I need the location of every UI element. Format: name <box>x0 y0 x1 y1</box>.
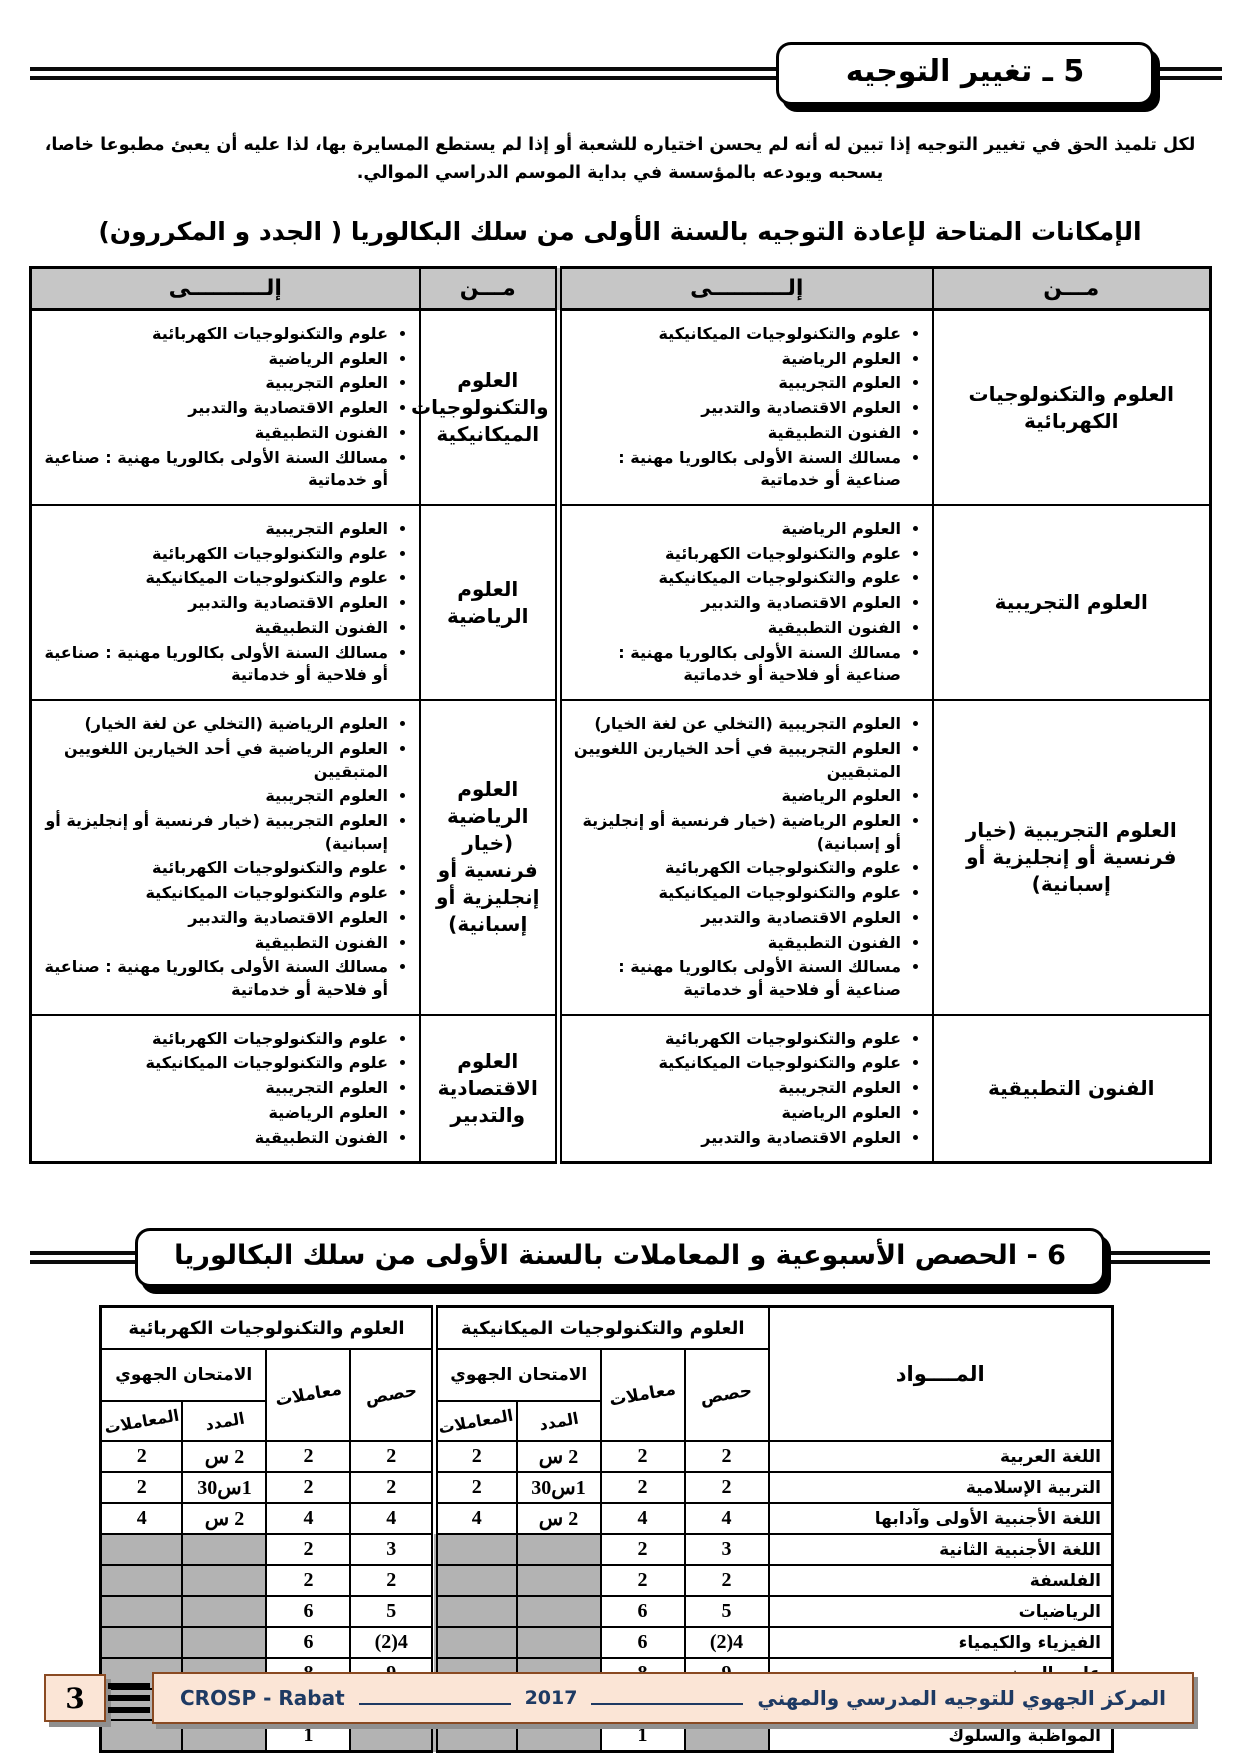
coef-cell: 2 <box>266 1565 350 1596</box>
hours-cell-empty <box>685 1720 769 1752</box>
regional-exam-header: الامتحان الجهوي <box>100 1349 266 1401</box>
from-cell: الفنون التطبيقية <box>933 1015 1210 1163</box>
group-electrical-header: العلوم والتكنولوجيات الكهربائية <box>100 1307 434 1350</box>
to-option: العلوم الرياضية <box>573 785 902 808</box>
to-list: علوم والتكنولوجيات الكهربائية العلوم الر… <box>33 319 419 496</box>
hours-cell: 5 <box>685 1596 769 1627</box>
to-option: العلوم التجريبية <box>43 518 389 541</box>
duration-cell-empty <box>517 1565 601 1596</box>
subject-cell: اللغة الأجنبية الأولى وآدابها <box>769 1503 1113 1534</box>
to-option: الفنون التطبيقية <box>43 422 389 445</box>
schedule-row: اللغة العربية 2 2 2 س 2 2 2 2 س 2 <box>100 1441 1112 1472</box>
section-6-title: 6 - الحصص الأسبوعية و المعاملات بالسنة ا… <box>135 1228 1105 1287</box>
to-option: العلوم الرياضية <box>573 518 902 541</box>
coef-cell: 4 <box>266 1503 350 1534</box>
table-row: العلوم التجريبية (خيار فرنسية أو إنجليزي… <box>30 700 1210 1015</box>
to-list: علوم والتكنولوجيات الميكانيكية العلوم ال… <box>563 319 932 496</box>
coef-cell: 4 <box>601 1503 685 1534</box>
duration-cell-empty <box>182 1720 266 1752</box>
subject-cell: الرياضيات <box>769 1596 1113 1627</box>
to-option: الفنون التطبيقية <box>43 617 389 640</box>
from-cell: العلوم والتكنولوجيات الكهربائية <box>933 310 1210 506</box>
exam-coef-cell: 2 <box>100 1472 182 1503</box>
page-footer: 3 المركز الجهوي للتوجيه المدرسي والمهني … <box>44 1672 1194 1724</box>
exam-coef-cell: 4 <box>434 1503 516 1534</box>
hours-cell: 5 <box>350 1596 434 1627</box>
hours-cell: 4(2) <box>350 1627 434 1658</box>
to-option: العلوم الاقتصادية والتدبير <box>573 907 902 930</box>
duration-cell-empty <box>517 1596 601 1627</box>
footer-org-arabic: المركز الجهوي للتوجيه المدرسي والمهني <box>757 1686 1166 1710</box>
exam-coef-cell-empty <box>434 1565 516 1596</box>
from-cell: العلوم الاقتصادية والتدبير <box>420 1015 558 1163</box>
double-rule-right <box>1154 67 1222 80</box>
to-list: العلوم الرياضية (التخلي عن لغة الخيار) ا… <box>33 709 419 1006</box>
to-option: علوم والتكنولوجيات الميكانيكية <box>43 882 389 905</box>
hours-cell: 4 <box>350 1503 434 1534</box>
section-5-banner: 5 ـ تغيير التوجيه <box>30 42 1222 105</box>
coef-cell: 2 <box>266 1472 350 1503</box>
subject-cell: التربية الإسلامية <box>769 1472 1113 1503</box>
to-cell: العلوم التجريبية (التخلي عن لغة الخيار) … <box>558 700 933 1015</box>
to-option: مسالك السنة الأولى بكالوريا مهنية : صناع… <box>573 642 902 687</box>
to-option: علوم والتكنولوجيات الميكانيكية <box>573 1052 902 1075</box>
hours-cell: 3 <box>350 1534 434 1565</box>
coefficients-header: معاملات <box>601 1349 685 1441</box>
header-from-right: مـــن <box>933 268 1210 310</box>
exam-coef-cell: 2 <box>434 1472 516 1503</box>
hours-cell: 2 <box>685 1441 769 1472</box>
hours-header: حصص <box>350 1349 434 1441</box>
schedule-row: الفيزياء والكيمياء 4(2) 6 4(2) 6 <box>100 1627 1112 1658</box>
page-number-box: 3 <box>44 1674 106 1722</box>
hours-cell: 2 <box>350 1565 434 1596</box>
coef-cell: 1 <box>266 1720 350 1752</box>
duration-cell-empty <box>182 1627 266 1658</box>
to-cell: العلوم الرياضية علوم والتكنولوجيات الكهر… <box>558 505 933 700</box>
hours-cell-empty <box>350 1720 434 1752</box>
to-option: العلوم الرياضية (خيار فرنسية أو إنجليزية… <box>573 810 902 855</box>
section-6-banner: 6 - الحصص الأسبوعية و المعاملات بالسنة ا… <box>30 1228 1210 1287</box>
to-option: علوم والتكنولوجيات الكهربائية <box>43 543 389 566</box>
stripe <box>108 1683 150 1689</box>
to-option: العلوم الرياضية <box>573 1102 902 1125</box>
table-row: الفنون التطبيقية علوم والتكنولوجيات الكه… <box>30 1015 1210 1163</box>
to-option: العلوم الاقتصادية والتدبير <box>573 397 902 420</box>
to-option: الفنون التطبيقية <box>43 932 389 955</box>
to-option: مسالك السنة الأولى بكالوريا مهنية : صناع… <box>43 447 389 492</box>
to-option: الفنون التطبيقية <box>573 617 902 640</box>
to-list: العلوم التجريبية (التخلي عن لغة الخيار) … <box>563 709 932 1006</box>
hours-cell: 2 <box>350 1441 434 1472</box>
to-list: علوم والتكنولوجيات الكهربائية علوم والتك… <box>33 1024 419 1154</box>
from-cell: العلوم الرياضية <box>420 505 558 700</box>
double-rule-right <box>1105 1251 1210 1264</box>
hours-cell: 4 <box>685 1503 769 1534</box>
from-cell: العلوم التجريبية <box>933 505 1210 700</box>
exam-coef-cell: 2 <box>100 1441 182 1472</box>
durations-header: المدد <box>182 1401 266 1441</box>
to-cell: علوم والتكنولوجيات الكهربائية العلوم الر… <box>30 310 420 506</box>
subject-cell: الفلسفة <box>769 1565 1113 1596</box>
to-option: العلوم التجريبية (التخلي عن لغة الخيار) <box>573 713 902 736</box>
schedule-row: اللغة الأجنبية الثانية 3 2 3 2 <box>100 1534 1112 1565</box>
footer-stripes-decoration <box>108 1683 150 1713</box>
exam-coef-cell-empty <box>100 1627 182 1658</box>
footer-rule <box>591 1703 743 1705</box>
to-option: العلوم التجريبية (خيار فرنسية أو إنجليزي… <box>43 810 389 855</box>
duration-cell-empty <box>517 1627 601 1658</box>
table-row: العلوم التجريبية العلوم الرياضية علوم وا… <box>30 505 1210 700</box>
to-option: علوم والتكنولوجيات الميكانيكية <box>573 882 902 905</box>
to-option: العلوم الاقتصادية والتدبير <box>43 592 389 615</box>
hours-cell: 2 <box>685 1565 769 1596</box>
coef-cell: 2 <box>601 1534 685 1565</box>
stripe <box>108 1707 150 1713</box>
coef-cell: 6 <box>601 1596 685 1627</box>
hours-header: حصص <box>685 1349 769 1441</box>
exam-coef-cell-empty <box>434 1534 516 1565</box>
coef-cell: 2 <box>601 1565 685 1596</box>
exam-coefficients-header: المعاملات <box>100 1401 182 1441</box>
durations-header: المدد <box>517 1401 601 1441</box>
group-mechanical-header: العلوم والتكنولوجيات الميكانيكية <box>434 1307 768 1350</box>
section-5-title: 5 ـ تغيير التوجيه <box>776 42 1154 105</box>
duration-cell: 2 س <box>182 1503 266 1534</box>
table-header-row: مـــن إلــــــــــى مـــن إلــــــــــى <box>30 268 1210 310</box>
to-option: علوم والتكنولوجيات الكهربائية <box>43 323 389 346</box>
exam-coef-cell: 4 <box>100 1503 182 1534</box>
footer-bar: المركز الجهوي للتوجيه المدرسي والمهني 20… <box>152 1672 1194 1724</box>
to-option: العلوم الرياضية (التخلي عن لغة الخيار) <box>43 713 389 736</box>
hours-cell: 2 <box>685 1472 769 1503</box>
schedule-row: اللغة الأجنبية الأولى وآدابها 4 4 2 س 4 … <box>100 1503 1112 1534</box>
footer-org-latin: CROSP - Rabat <box>180 1686 345 1710</box>
double-rule-left <box>30 1251 135 1264</box>
to-option: العلوم الاقتصادية والتدبير <box>573 1127 902 1150</box>
duration-cell: 2 س <box>517 1441 601 1472</box>
to-option: العلوم الرياضية <box>43 348 389 371</box>
schedule-row: التربية الإسلامية 2 2 1س30 2 2 2 1س30 2 <box>100 1472 1112 1503</box>
subject-cell: المواظبة والسلوك <box>769 1720 1113 1752</box>
exam-coef-cell: 2 <box>434 1441 516 1472</box>
to-option: مسالك السنة الأولى بكالوريا مهنية : صناع… <box>573 956 902 1001</box>
from-cell: العلوم الرياضية (خيار فرنسية أو إنجليزية… <box>420 700 558 1015</box>
duration-cell-empty <box>182 1534 266 1565</box>
to-option: العلوم التجريبية <box>43 1077 389 1100</box>
to-option: علوم والتكنولوجيات الميكانيكية <box>43 567 389 590</box>
to-option: علوم والتكنولوجيات الكهربائية <box>573 857 902 880</box>
to-option: علوم والتكنولوجيات الكهربائية <box>573 1028 902 1051</box>
to-option: العلوم الاقتصادية والتدبير <box>43 397 389 420</box>
to-option: الفنون التطبيقية <box>573 932 902 955</box>
to-option: العلوم الرياضية <box>573 348 902 371</box>
intro-paragraph: لكل تلميذ الحق في تغيير التوجيه إذا تبين… <box>34 131 1206 187</box>
regional-exam-header: الامتحان الجهوي <box>434 1349 600 1401</box>
duration-cell-empty <box>517 1720 601 1752</box>
to-option: مسالك السنة الأولى بكالوريا مهنية : صناع… <box>43 956 389 1001</box>
header-to-left: إلــــــــــى <box>30 268 420 310</box>
from-cell: العلوم التجريبية (خيار فرنسية أو إنجليزي… <box>933 700 1210 1015</box>
to-option: العلوم الاقتصادية والتدبير <box>43 907 389 930</box>
exam-coef-cell-empty <box>100 1596 182 1627</box>
subject-cell: الفيزياء والكيمياء <box>769 1627 1113 1658</box>
to-option: علوم والتكنولوجيات الميكانيكية <box>573 323 902 346</box>
duration-cell-empty <box>182 1596 266 1627</box>
duration-cell: 1س30 <box>182 1472 266 1503</box>
to-option: علوم والتكنولوجيات الكهربائية <box>43 857 389 880</box>
coef-cell: 2 <box>601 1441 685 1472</box>
coef-cell: 2 <box>266 1534 350 1565</box>
to-option: العلوم الرياضية في أحد الخيارين اللغويين… <box>43 738 389 783</box>
duration-cell: 2 س <box>517 1503 601 1534</box>
coef-cell: 2 <box>266 1441 350 1472</box>
subjects-header: المــــواد <box>769 1307 1113 1442</box>
footer-year: 2017 <box>525 1687 578 1709</box>
to-option: علوم والتكنولوجيات الكهربائية <box>43 1028 389 1051</box>
duration-cell-empty <box>517 1534 601 1565</box>
exam-coef-cell-empty <box>434 1596 516 1627</box>
to-cell: العلوم التجريبية علوم والتكنولوجيات الكه… <box>30 505 420 700</box>
to-list: علوم والتكنولوجيات الكهربائية علوم والتك… <box>563 1024 932 1154</box>
subject-cell: اللغة العربية <box>769 1441 1113 1472</box>
to-list: العلوم الرياضية علوم والتكنولوجيات الكهر… <box>563 514 932 691</box>
schedule-row: الرياضيات 5 6 5 6 <box>100 1596 1112 1627</box>
schedule-row: الفلسفة 2 2 2 2 <box>100 1565 1112 1596</box>
to-cell: علوم والتكنولوجيات الكهربائية علوم والتك… <box>558 1015 933 1163</box>
schedule-row: المواظبة والسلوك 1 1 <box>100 1720 1112 1752</box>
double-rule-left <box>30 67 776 80</box>
header-from-left: مـــن <box>420 268 558 310</box>
to-option: مسالك السنة الأولى بكالوريا مهنية : صناع… <box>43 642 389 687</box>
to-list: العلوم التجريبية علوم والتكنولوجيات الكه… <box>33 514 419 691</box>
to-option: الفنون التطبيقية <box>573 422 902 445</box>
coef-cell: 2 <box>601 1472 685 1503</box>
hours-cell: 3 <box>685 1534 769 1565</box>
to-cell: علوم والتكنولوجيات الكهربائية علوم والتك… <box>30 1015 420 1163</box>
to-option: العلوم التجريبية <box>43 372 389 395</box>
to-cell: علوم والتكنولوجيات الميكانيكية العلوم ال… <box>558 310 933 506</box>
to-option: علوم والتكنولوجيات الكهربائية <box>573 543 902 566</box>
coef-cell: 1 <box>601 1720 685 1752</box>
to-option: علوم والتكنولوجيات الميكانيكية <box>573 567 902 590</box>
to-option: الفنون التطبيقية <box>43 1127 389 1150</box>
exam-coef-cell-empty <box>100 1720 182 1752</box>
duration-cell: 2 س <box>182 1441 266 1472</box>
exam-coefficients-header: المعاملات <box>434 1401 516 1441</box>
to-option: العلوم الاقتصادية والتدبير <box>573 592 902 615</box>
exam-coef-cell-empty <box>100 1565 182 1596</box>
schedule-header-row-1: المــــواد العلوم والتكنولوجيات الميكاني… <box>100 1307 1112 1350</box>
exam-coef-cell-empty <box>100 1534 182 1565</box>
coef-cell: 6 <box>266 1627 350 1658</box>
to-option: العلوم التجريبية <box>573 372 902 395</box>
to-option: العلوم الرياضية <box>43 1102 389 1125</box>
coef-cell: 6 <box>266 1596 350 1627</box>
to-option: علوم والتكنولوجيات الميكانيكية <box>43 1052 389 1075</box>
to-option: العلوم التجريبية في أحد الخيارين اللغويي… <box>573 738 902 783</box>
document-page: 5 ـ تغيير التوجيه لكل تلميذ الحق في تغيي… <box>0 0 1240 1754</box>
from-cell: العلوم والتكنولوجيات الميكانيكية <box>420 310 558 506</box>
to-cell: العلوم الرياضية (التخلي عن لغة الخيار) ا… <box>30 700 420 1015</box>
reorientation-table: مـــن إلــــــــــى مـــن إلــــــــــى … <box>29 266 1212 1164</box>
duration-cell: 1س30 <box>517 1472 601 1503</box>
subject-cell: اللغة الأجنبية الثانية <box>769 1534 1113 1565</box>
exam-coef-cell-empty <box>434 1627 516 1658</box>
coefficients-header: معاملات <box>266 1349 350 1441</box>
coef-cell: 6 <box>601 1627 685 1658</box>
footer-rule <box>359 1703 511 1705</box>
to-option: العلوم التجريبية <box>573 1077 902 1100</box>
exam-coef-cell-empty <box>434 1720 516 1752</box>
to-option: العلوم التجريبية <box>43 785 389 808</box>
stripe <box>108 1695 150 1701</box>
reorientation-table-title: الإمكانات المتاحة لإعادة التوجيه بالسنة … <box>10 217 1230 246</box>
header-to-right: إلــــــــــى <box>558 268 933 310</box>
duration-cell-empty <box>182 1565 266 1596</box>
hours-cell: 4(2) <box>685 1627 769 1658</box>
to-option: مسالك السنة الأولى بكالوريا مهنية : صناع… <box>573 447 902 492</box>
table-row: العلوم والتكنولوجيات الكهربائية علوم وال… <box>30 310 1210 506</box>
hours-cell: 2 <box>350 1472 434 1503</box>
